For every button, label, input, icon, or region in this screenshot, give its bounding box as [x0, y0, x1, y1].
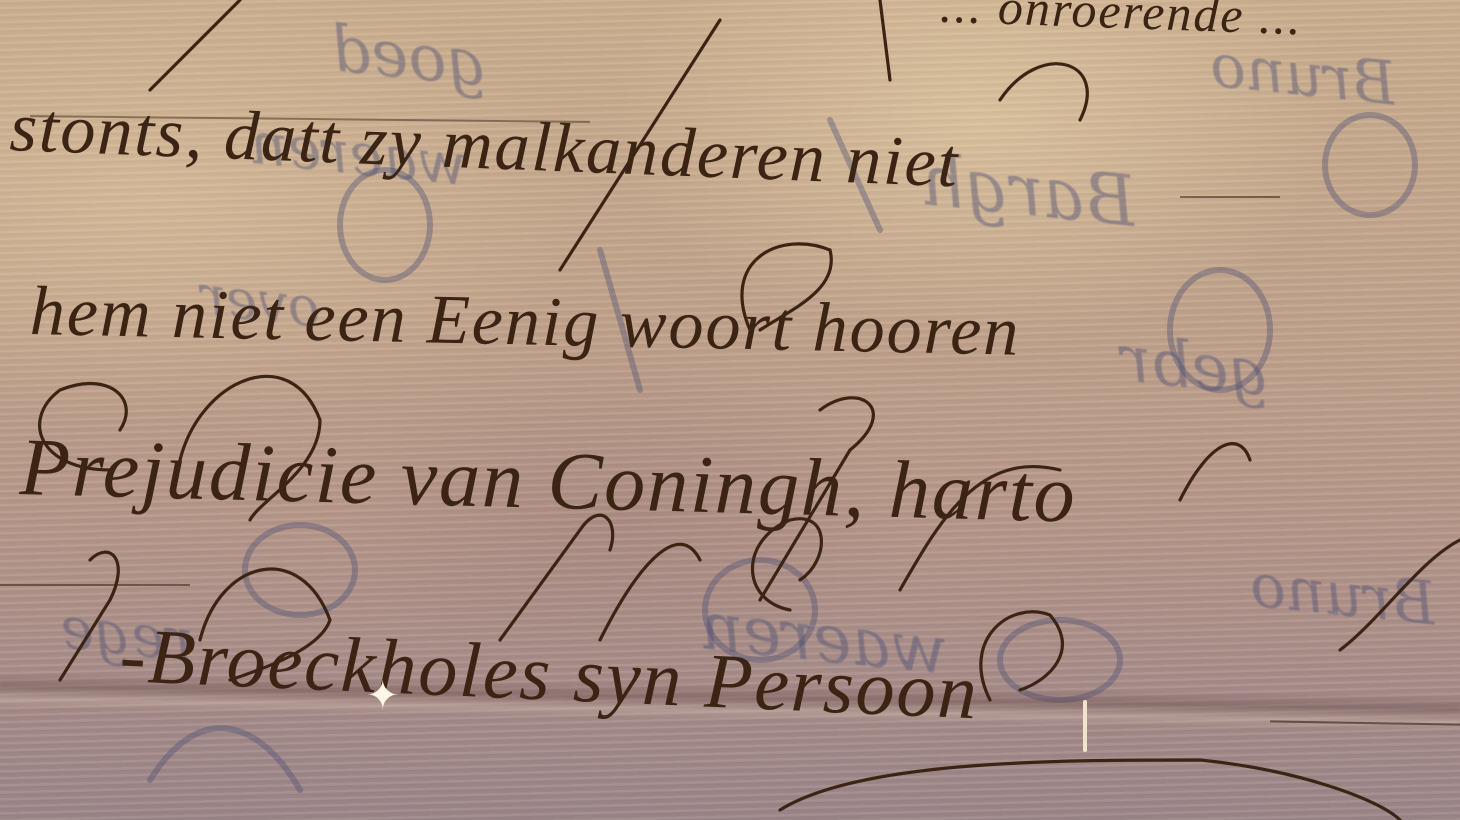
ink-ruling-line	[0, 584, 190, 586]
paper-crack	[1083, 700, 1087, 752]
ink-ruling-line	[1180, 196, 1280, 198]
paper-hole-spot: ✦	[366, 676, 400, 716]
